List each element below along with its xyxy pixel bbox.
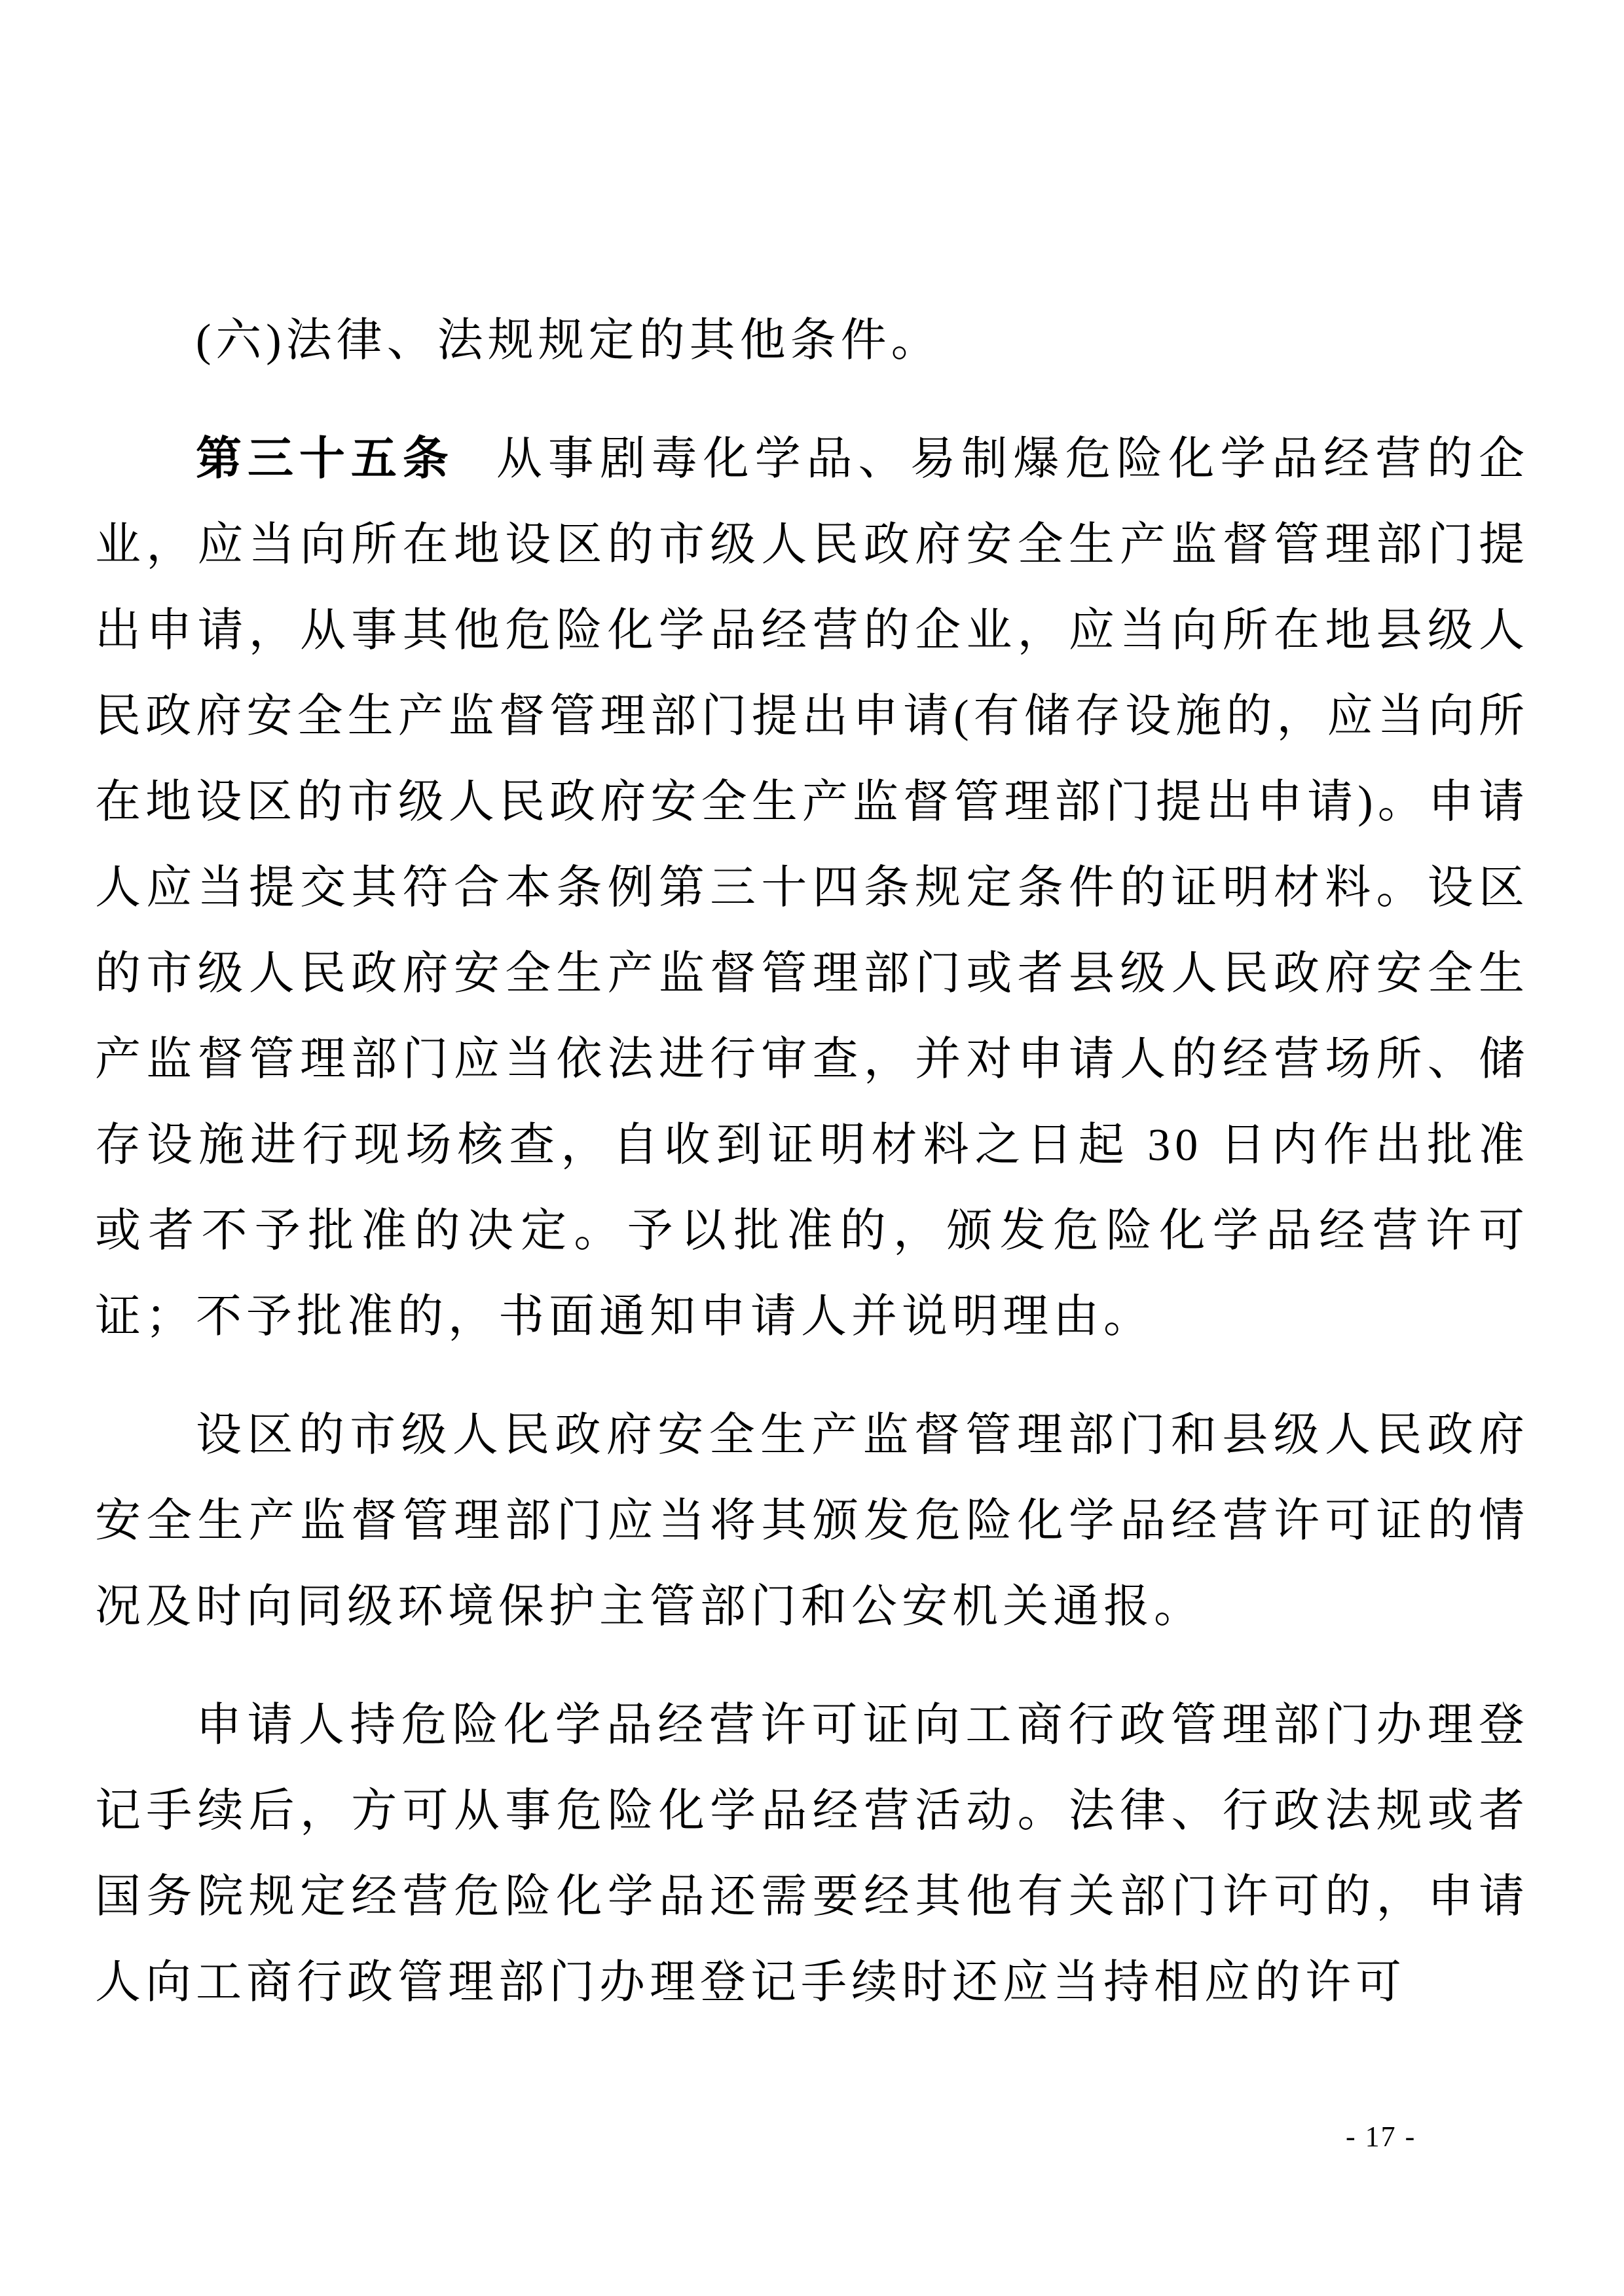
paragraph-text: (六)法律、法规规定的其他条件。: [196, 316, 942, 366]
paragraph-text: 申请人持危险化学品经营许可证向工商行政管理部门办理登记手续后，方可从事危险化学品…: [95, 1700, 1529, 2008]
document-page: (六)法律、法规规定的其他条件。 第三十五条从事剧毒化学品、易制爆危险化学品经营…: [0, 0, 1624, 2296]
document-paragraph-clause-6: (六)法律、法规规定的其他条件。: [95, 298, 1529, 384]
article-number-lead: 第三十五条: [196, 434, 454, 484]
document-content: (六)法律、法规规定的其他条件。 第三十五条从事剧毒化学品、易制爆危险化学品经营…: [95, 298, 1529, 2058]
document-paragraph-notification: 设区的市级人民政府安全生产监督管理部门和县级人民政府安全生产监督管理部门应当将其…: [95, 1393, 1529, 1650]
paragraph-text: 设区的市级人民政府安全生产监督管理部门和县级人民政府安全生产监督管理部门应当将其…: [95, 1410, 1529, 1632]
document-paragraph-registration: 申请人持危险化学品经营许可证向工商行政管理部门办理登记手续后，方可从事危险化学品…: [95, 1683, 1529, 2026]
document-paragraph-article-35: 第三十五条从事剧毒化学品、易制爆危险化学品经营的企业，应当向所在地设区的市级人民…: [95, 416, 1529, 1360]
page-number: - 17 -: [1346, 2120, 1416, 2153]
paragraph-text: 从事剧毒化学品、易制爆危险化学品经营的企业，应当向所在地设区的市级人民政府安全生…: [95, 434, 1529, 1342]
